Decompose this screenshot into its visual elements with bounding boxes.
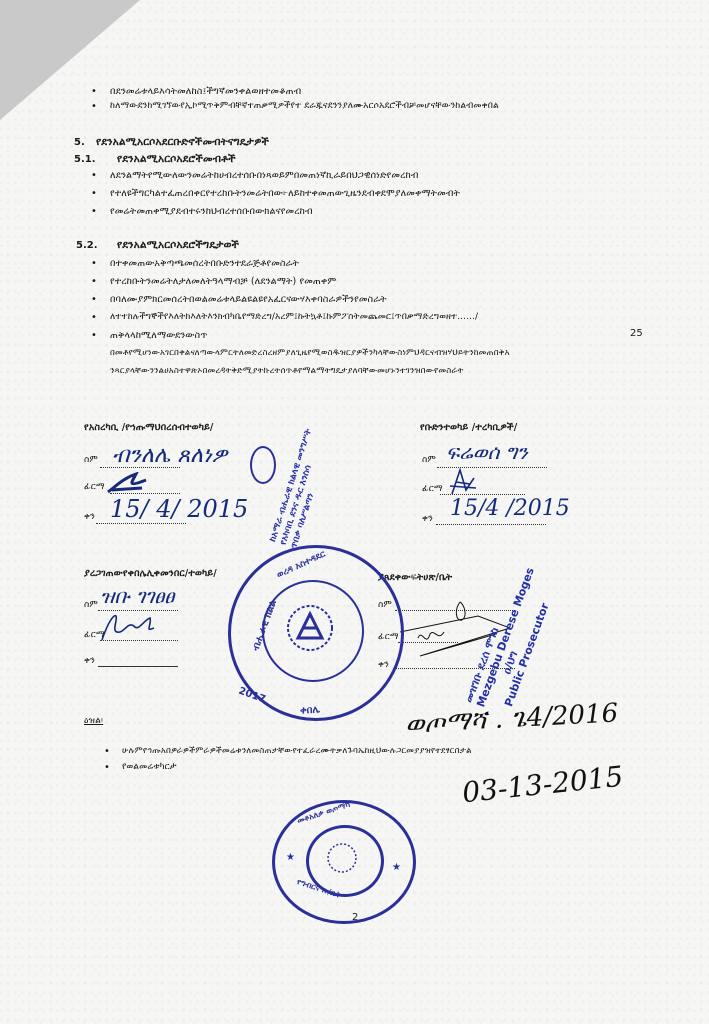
bullet-icon: • <box>91 188 97 199</box>
bullet-icon: • <box>104 762 110 773</box>
recipient-heading: የአስረካቢ /የኀጡማህበረሰብተወካይ/ <box>84 422 213 433</box>
bullet-icon: • <box>104 746 110 757</box>
date-line <box>436 524 546 525</box>
name-label: ስም <box>84 600 98 610</box>
small-seal-icon <box>250 446 276 484</box>
signature-scribble <box>448 468 478 496</box>
bullet-icon: • <box>91 86 97 97</box>
list-item: በደንመሬቱላይእሳትመለከስ፤ችግኛመንቀልወዘተመቆጠብ <box>110 86 301 97</box>
bullet-icon: • <box>91 258 97 269</box>
bullet-icon: • <box>91 206 97 217</box>
bullet-icon: • <box>91 101 97 112</box>
signature-scribble <box>106 472 150 496</box>
emblem-icon <box>280 598 340 658</box>
list-item: በተቀመጠውአቅጣጫመሰረትበቡድንተደራጅቶየመስራት <box>110 258 299 269</box>
star-icon: ★ <box>392 862 401 873</box>
date-label: ቀን <box>422 514 433 524</box>
emblem-icon <box>320 836 364 880</box>
handwritten-date: 03-13-2015 <box>461 760 625 810</box>
page-number: 2 <box>352 912 358 923</box>
star-icon: ★ <box>286 852 295 863</box>
section-title: የደንአልሚአርሶአደርቡድኖችመብትናግዴታዎች <box>96 136 269 149</box>
bullet-icon: • <box>91 312 97 323</box>
inline-number: 25 <box>630 328 643 339</box>
handwritten-name: ብንለሌ ጸለነዎ <box>112 443 227 468</box>
bullet-icon: • <box>91 294 97 305</box>
section-title: የደንአልሚአርሶአደሮችመብቶች <box>117 153 236 166</box>
list-item: ከለማውደንከሚገኘውየኢኮሚጥቅምብቸኛተጠቃሚዎችየተ ደራጁናደንንያለሙ… <box>110 101 499 111</box>
court-heading: ያጸደቀውፍትሀጽ/ቤት <box>378 572 452 583</box>
name-line <box>98 610 178 611</box>
section-number: 5. <box>74 137 85 148</box>
list-item: ጠቅላላከሚለማውደንውስጥ <box>110 330 208 341</box>
stamp-word: ቀበሌ <box>300 704 321 716</box>
section-number: 5.1. <box>74 154 96 165</box>
list-item: በባለሙያምክርመሰረትበወልመሬቱላይልዩልዩየአፈርናውሃእቀባስራዎችንየ… <box>110 294 387 305</box>
handwritten-name: ፍሬወሰ ግን <box>446 440 528 464</box>
handwritten-date: 15/ 4/ 2015 <box>110 495 248 523</box>
bullet-icon: • <box>91 170 97 181</box>
signature-label: ፊርማ <box>84 482 105 492</box>
date-line <box>98 666 178 667</box>
handwritten-name: ዝቡ ገገፀፀ <box>100 584 174 608</box>
list-item: የተረከቡትንመሬትለታለመለትዓላማብቻ (ለደንልማት) የመጠቀም <box>110 276 336 287</box>
list-item-continuation: ንጻርያላቸውንንልሀአስተዋጽኦበመረዳትቅድሚያትኩረትሰጥቶየማልማትግዴ… <box>110 366 464 376</box>
list-item: የመሬትመጠቀሚያደብተሩንከህብረተሰቡበውክልናየመረከብ <box>110 206 313 217</box>
document-page: • በደንመሬቱላይእሳትመለከስ፤ችግኛመንቀልወዘተመቆጠብ • ከለማውደ… <box>0 0 709 1024</box>
section-number: 5.2. <box>76 240 98 251</box>
bullet-icon: • <box>91 330 97 341</box>
date-label: ቀን <box>84 512 95 522</box>
list-item: ለደንልማትየሚውለውንመሬትከሀብረተሰቡበነጻወይምበመጠነኛኪራይበህጋዊ… <box>110 170 419 181</box>
signature-label: ፊርማ <box>422 484 443 494</box>
list-item: ሁሉምየኅጡአበዎራዎችምራዎችመሬቱንለመስጠታቸውየተፈራረሙትቃለጉባኤከ… <box>122 746 472 756</box>
date-label: ቀን <box>84 656 95 666</box>
signature-scribble <box>100 612 160 644</box>
list-item: የተለዩችግርካልተፈጠረበቀርየተረከቡትንመሬትበው፦ለይከተቀመጠውጊዜን… <box>110 188 460 199</box>
name-label: ስም <box>422 455 436 465</box>
list-item-continuation: በመቶየሚሆነውአገርበቀልናለጣውላምርትለመድረስረዘምያለጊዜየሚወስዱዝ… <box>110 348 510 358</box>
handwritten-date: 15/4 /2015 <box>450 496 570 521</box>
notes-heading: ዕዝል፡ <box>84 716 103 726</box>
verifier-heading: ያረጋገጠውየቀበሌሊቀመንበር/ተወካይ/ <box>84 568 217 579</box>
date-line <box>96 523 186 524</box>
group-rep-heading: የቡድንተወካይ /ተረካቢዎች/ <box>420 422 517 433</box>
list-item: የወልመሬቱካርታ <box>122 762 177 772</box>
list-item: ለተተከሉችግኞችየእለትከእለትእንክብካቤየማድረግ/አረም፤ኩትኳቶ፤ኩም… <box>110 312 478 322</box>
vertical-stamp-text: ከአማራ ብሔራዊ ክልላዊ መንግሥት የአካባቢ ደንና ዱር እንስሳ ጥ… <box>268 428 336 550</box>
handwritten-note: ወጦማሻ . ጌ4/2016 <box>404 698 619 740</box>
section-title: የደንአልሚአርሶአደሮችግዴታወች <box>117 239 239 252</box>
bullet-icon: • <box>91 276 97 287</box>
name-label: ስም <box>84 455 98 465</box>
